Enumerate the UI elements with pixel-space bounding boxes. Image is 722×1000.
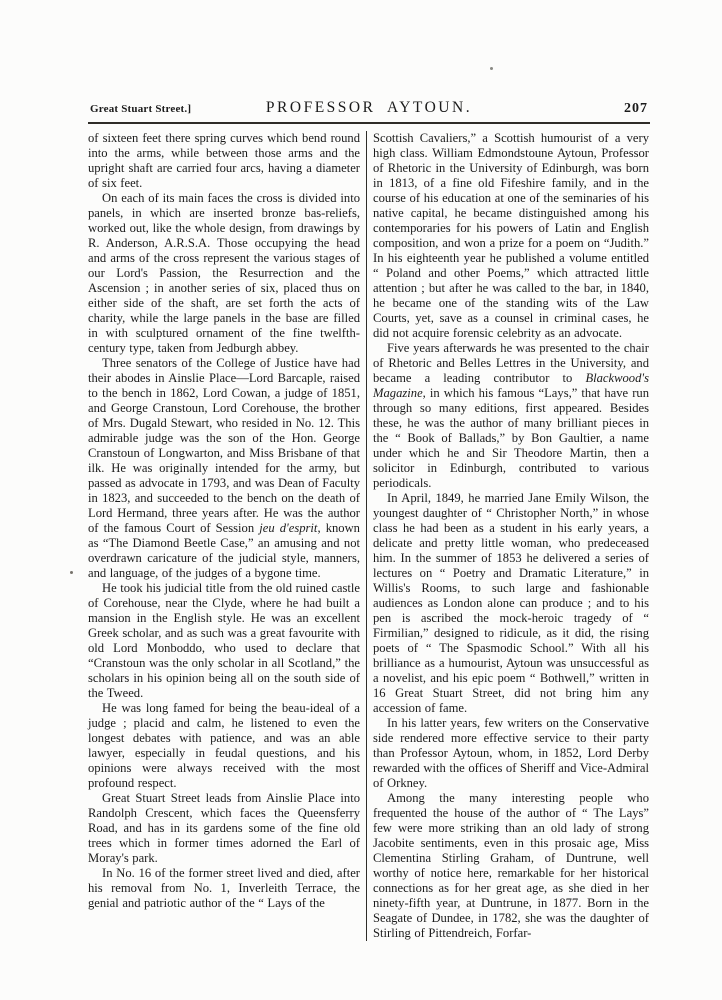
paragraph: In his latter years, few writers on the … [373, 716, 649, 791]
text-columns: of sixteen feet there spring curves whic… [88, 131, 650, 941]
text-run: In No. 16 of the former street lived and… [88, 866, 360, 910]
text-run: in which his famous “Lays,” that have ru… [373, 386, 649, 490]
ink-speck [70, 571, 73, 574]
book-page: Great Stuart Street.] PROFESSOR AYTOUN. … [0, 0, 722, 1000]
paragraph: He was long famed for being the beau-ide… [88, 701, 360, 791]
paragraph: Scottish Cavaliers,” a Scottish humouris… [373, 131, 649, 341]
text-run: He took his judicial title from the old … [88, 581, 360, 700]
text-run: Three senators of the College of Justice… [88, 356, 360, 535]
page-number: 207 [488, 101, 648, 117]
paragraph: In No. 16 of the former street lived and… [88, 866, 360, 911]
running-header-title: PROFESSOR AYTOUN. [250, 99, 488, 117]
paragraph: On each of its main faces the cross is d… [88, 191, 360, 356]
paragraph: Among the many interesting people who fr… [373, 791, 649, 941]
running-header: Great Stuart Street.] PROFESSOR AYTOUN. … [88, 99, 650, 117]
column-right: Scottish Cavaliers,” a Scottish humouris… [373, 131, 649, 941]
text-run: of sixteen feet there spring curves whic… [88, 131, 360, 190]
text-run: In April, 1849, he married Jane Emily Wi… [373, 491, 649, 715]
header-rule [88, 122, 650, 124]
text-run: Great Stuart Street leads from Ainslie P… [88, 791, 360, 865]
text-run: Among the many interesting people who fr… [373, 791, 649, 940]
column-left: of sixteen feet there spring curves whic… [88, 131, 360, 941]
column-divider [366, 131, 367, 941]
paragraph: He took his judicial title from the old … [88, 581, 360, 701]
paragraph: of sixteen feet there spring curves whic… [88, 131, 360, 191]
running-header-left: Great Stuart Street.] [90, 103, 250, 115]
paragraph: Three senators of the College of Justice… [88, 356, 360, 581]
text-run: On each of its main faces the cross is d… [88, 191, 360, 355]
text-run: In his latter years, few writers on the … [373, 716, 649, 790]
italic-text-run: jeu d'esprit [259, 521, 317, 535]
text-run: Scottish Cavaliers,” a Scottish humouris… [373, 131, 649, 340]
paragraph: Great Stuart Street leads from Ainslie P… [88, 791, 360, 866]
paragraph: In April, 1849, he married Jane Emily Wi… [373, 491, 649, 716]
ink-speck [490, 67, 493, 70]
paragraph: Five years afterwards he was presented t… [373, 341, 649, 491]
page-content: Great Stuart Street.] PROFESSOR AYTOUN. … [88, 99, 650, 941]
text-run: He was long famed for being the beau-ide… [88, 701, 360, 790]
